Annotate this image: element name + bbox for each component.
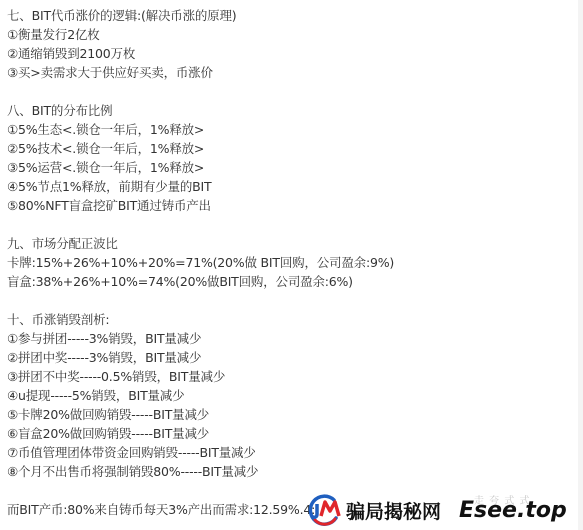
watermark-faint-text: 走 夸 式 式 (474, 492, 531, 507)
list-item: ③5%运营<.锁仓一年后，1%释放> (7, 158, 577, 177)
scrollbar-track[interactable] (578, 0, 583, 530)
list-item: 卡牌:15%+26%+10%+20%=71%(20%做 BIT回购，公司盈余:9… (7, 253, 577, 272)
section-title-7: 七、BIT代币涨价的逻辑:(解决币涨的原理) (7, 6, 577, 25)
list-item: 盲盒:38%+26%+10%=74%(20%做BIT回购，公司盈余:6%) (7, 272, 577, 291)
jm-logo-icon (306, 494, 344, 526)
section-title-9: 九、市场分配正波比 (7, 234, 577, 253)
spacer (7, 215, 577, 234)
list-item: ①衡量发行2亿枚 (7, 25, 577, 44)
list-item: ②拼团中奖-----3%销毁，BIT量减少 (7, 348, 577, 367)
watermark-cn-text: 骗局揭秘网 (346, 497, 441, 524)
list-item: ⑥盲盒20%做回购销毁-----BIT量减少 (7, 424, 577, 443)
section-title-8: 八、BIT的分布比例 (7, 101, 577, 120)
list-item: ⑤80%NFT盲盒挖矿BIT通过铸币产出 (7, 196, 577, 215)
list-item: ⑦币值管理团体带资金回购销毁-----BIT量减少 (7, 443, 577, 462)
spacer (7, 82, 577, 101)
article-body: 七、BIT代币涨价的逻辑:(解决币涨的原理) ①衡量发行2亿枚 ②通缩销毁到21… (7, 6, 577, 519)
section-title-10: 十、币涨销毁剖析: (7, 310, 577, 329)
list-item: ②5%技术<.锁仓一年后，1%释放> (7, 139, 577, 158)
list-item: ⑤卡牌20%做回购销毁-----BIT量减少 (7, 405, 577, 424)
list-item: ③拼团不中奖-----0.5%销毁，BIT量减少 (7, 367, 577, 386)
list-item: ①5%生态<.锁仓一年后，1%释放> (7, 120, 577, 139)
list-item: ⑧个月不出售币将强制销毁80%-----BIT量减少 (7, 462, 577, 481)
list-item: ④u提现-----5%销毁，BIT量减少 (7, 386, 577, 405)
list-item: ③买>卖需求大于供应好买卖，币涨价 (7, 63, 577, 82)
spacer (7, 291, 577, 310)
list-item: ②通缩销毁到2100万枚 (7, 44, 577, 63)
list-item: ①参与拼团-----3%销毁，BIT量减少 (7, 329, 577, 348)
list-item: ④5%节点1%释放，前期有少量的BIT (7, 177, 577, 196)
watermark: 骗局揭秘网 Esee.top 走 夸 式 式 (306, 494, 567, 526)
